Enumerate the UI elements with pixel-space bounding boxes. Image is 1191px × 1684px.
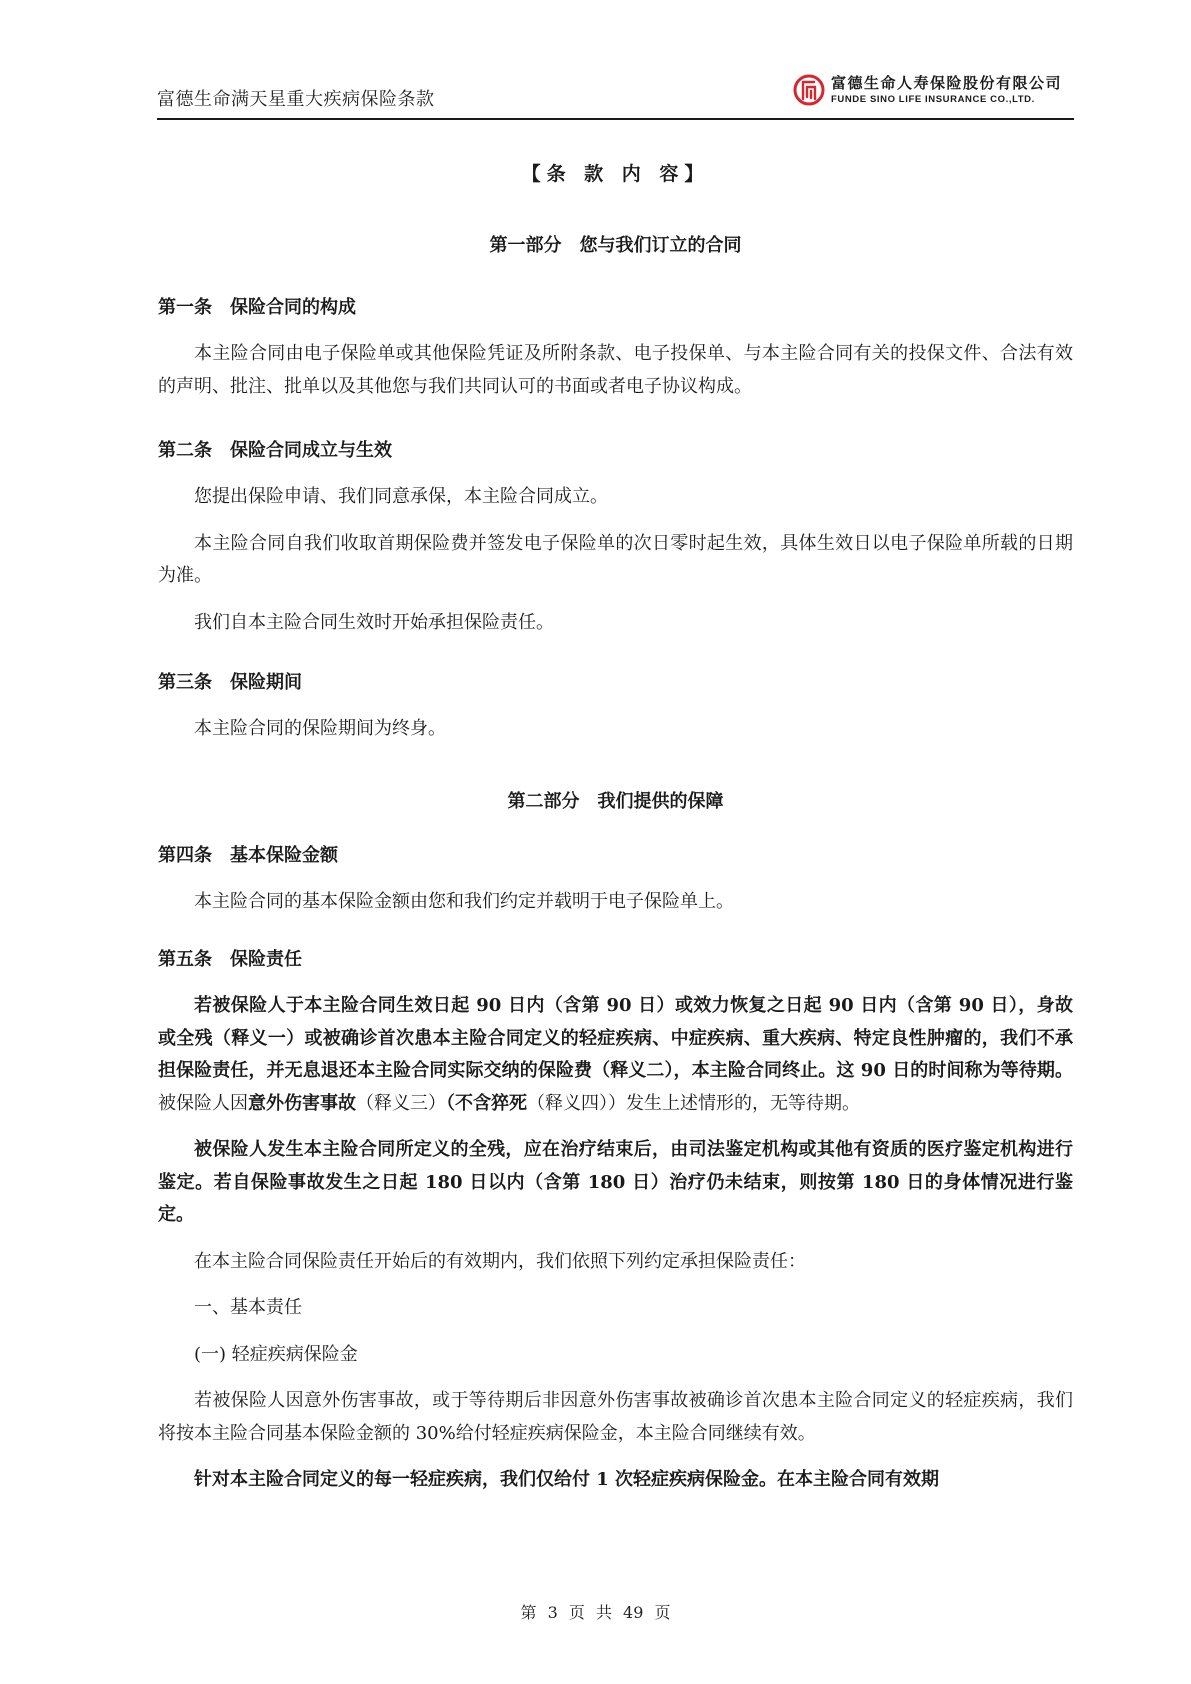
article1-title: 第一条 保险合同的构成 bbox=[158, 292, 1073, 324]
subsection-mild-illness: (一) 轻症疾病保险金 bbox=[158, 1339, 1073, 1372]
company-name-cn: 富德生命人寿保险股份有限公司 bbox=[831, 76, 1062, 91]
part2-title: 第二部分 我们提供的保障 bbox=[158, 786, 1073, 818]
article2-title: 第二条 保险合同成立与生效 bbox=[158, 435, 1073, 467]
waiting-period-text-2: 发生上述情形的，无等待期。 bbox=[626, 1093, 860, 1114]
company-name-en: FUNDE SINO LIFE INSURANCE CO.,LTD. bbox=[831, 95, 1062, 105]
coverage-intro: 在本主险合同保险责任开始后的有效期内，我们依照下列约定承担保险责任： bbox=[158, 1246, 1073, 1279]
waiting-period-text-1: 被保险人因 bbox=[158, 1093, 248, 1114]
mild-illness-paragraph-1: 若被保险人因意外伤害事故，或于等待期后非因意外伤害事故被确诊首次患本主险合同定义… bbox=[158, 1385, 1073, 1450]
article4-title: 第四条 基本保险金额 bbox=[158, 840, 1073, 872]
article3-title: 第三条 保险期间 bbox=[158, 667, 1073, 699]
article5-title: 第五条 保险责任 bbox=[158, 944, 1073, 976]
document-body: 【条 款 内 容】 第一部分 您与我们订立的合同 第一条 保险合同的构成 本主险… bbox=[158, 150, 1073, 1497]
company-logo: 富德生命人寿保险股份有限公司 FUNDE SINO LIFE INSURANCE… bbox=[793, 72, 1062, 108]
accident-term: 意外伤害事故 bbox=[248, 1093, 356, 1114]
document-title: 富德生命满天星重大疾病保险条款 bbox=[157, 85, 435, 111]
page-number: 第 3 页 共 49 页 bbox=[0, 1600, 1191, 1623]
article4-paragraph: 本主险合同的基本保险金额由您和我们约定并载明于电子保险单上。 bbox=[158, 886, 1073, 919]
part1-title: 第一部分 您与我们订立的合同 bbox=[158, 230, 1073, 262]
page-header: 富德生命满天星重大疾病保险条款 富德生命人寿保险股份有限公司 FUNDE SIN… bbox=[157, 66, 1074, 120]
sudden-death-exclusion: （不含猝死 bbox=[446, 1093, 527, 1114]
article2-paragraph-3: 我们自本主险合同生效时开始承担保险责任。 bbox=[158, 607, 1073, 640]
disability-paragraph: 被保险人发生本主险合同所定义的全残，应在治疗结束后，由司法鉴定机构或其他有资质的… bbox=[158, 1134, 1073, 1232]
waiting-period-paragraph: 若被保险人于本主险合同生效日起 90 日内（含第 90 日）或效力恢复之日起 9… bbox=[158, 990, 1073, 1120]
company-logo-icon bbox=[793, 74, 825, 106]
article1-paragraph: 本主险合同由电子保险单或其他保险凭证及所附条款、电子投保单、与本主险合同有关的投… bbox=[158, 338, 1073, 403]
mild-illness-paragraph-2: 针对本主险合同定义的每一轻症疾病，我们仅给付 1 次轻症疾病保险金。在本主险合同… bbox=[158, 1464, 1073, 1497]
article2-paragraph-1: 您提出保险申请、我们同意承保，本主险合同成立。 bbox=[158, 481, 1073, 514]
section-basic-liability: 一、基本责任 bbox=[158, 1292, 1073, 1325]
main-title: 【条 款 内 容】 bbox=[158, 158, 1073, 190]
waiting-period-bold: 若被保险人于本主险合同生效日起 90 日内（含第 90 日）或效力恢复之日起 9… bbox=[158, 995, 1073, 1081]
definition-ref-3: （释义三） bbox=[356, 1093, 446, 1114]
article3-paragraph: 本主险合同的保险期间为终身。 bbox=[158, 713, 1073, 746]
definition-ref-4: （释义四）） bbox=[527, 1093, 626, 1114]
article2-paragraph-2: 本主险合同自我们收取首期保险费并签发电子保险单的次日零时起生效，具体生效日以电子… bbox=[158, 528, 1073, 593]
